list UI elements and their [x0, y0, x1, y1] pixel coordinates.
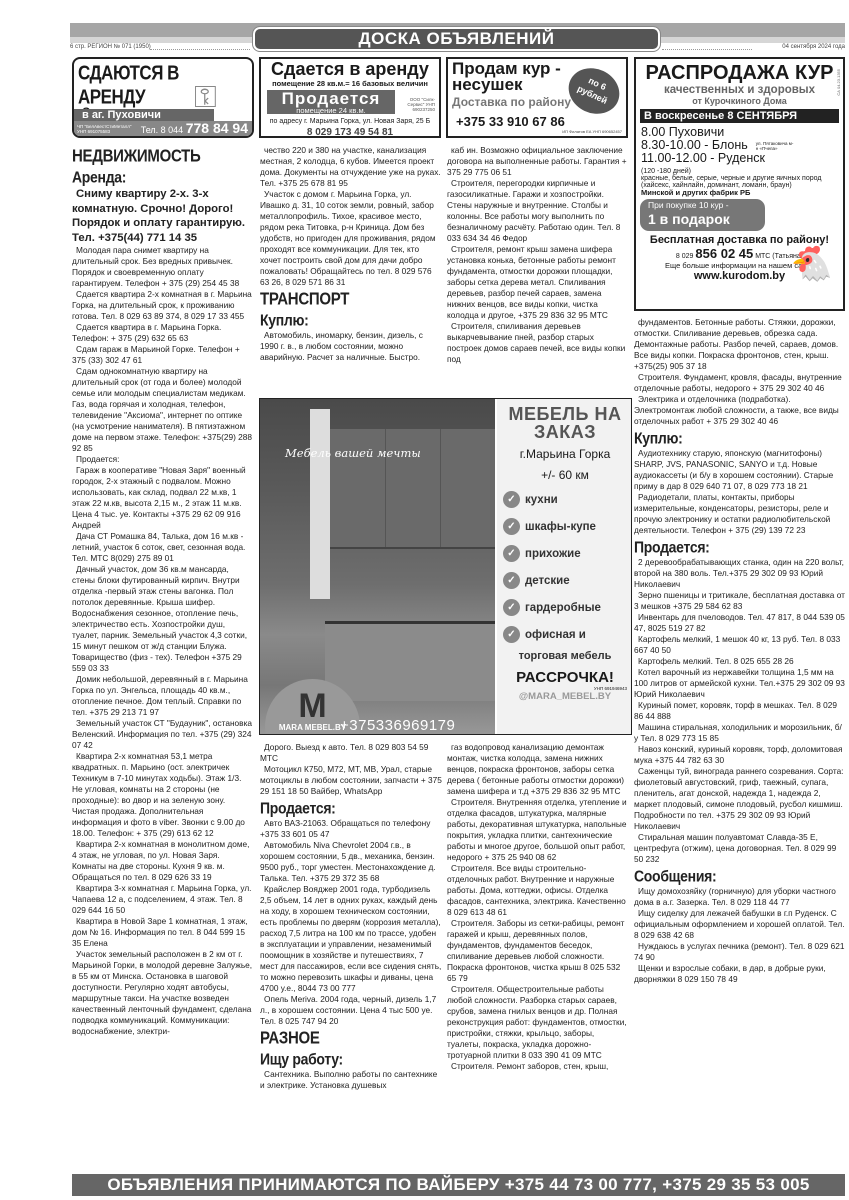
classified-item: Строителя. Ремонт заборов, стен, крыш, — [447, 1061, 629, 1072]
service-item: ✓гардеробные — [503, 595, 632, 622]
classified-item: Квартира 2-х комнатная в монолитном доме… — [72, 839, 254, 883]
ad-list: Молодая пара снимет квартиру на длительн… — [72, 245, 254, 1037]
hens-ad: Продам кур - несушек Доставка по району … — [446, 57, 628, 138]
divider — [150, 49, 250, 50]
column-3-top: каб ин. Возможно официальное заключение … — [447, 145, 629, 365]
classified-item: Сдам однокомнатную квартиру на длительны… — [72, 366, 254, 454]
service-tail: торговая мебель — [497, 649, 632, 663]
classified-item: Автомобиль Niva Chevrolet 2004 г.в., в х… — [260, 840, 442, 884]
classified-item: Ищу сиделку для лежачей бабушки в г.п Ру… — [634, 908, 845, 941]
classified-item: Котел варочный из нержавейки толщина 1,5… — [634, 667, 845, 700]
classified-item: Радиодетали, платы, контакты, приборы из… — [634, 492, 845, 536]
services-list: ✓кухни ✓шкафы-купе ✓прихожие ✓детские ✓г… — [497, 487, 632, 649]
column-4: фундаментов. Бетонные работы. Стяжки, до… — [634, 317, 845, 985]
classified-item: Строителя, перегородки кирпичные и газос… — [447, 178, 629, 244]
ad-location: г.Марьина Горка — [497, 447, 632, 462]
subsection-heading: Ищу работу: — [260, 1049, 442, 1071]
ad-slogan: Мебель вашей мечты — [285, 446, 421, 460]
classified-item: Участок с домом г. Марьина Горка, ул. Ив… — [260, 189, 442, 288]
classified-item: Крайслер Вояджер 2001 года, турбодизель … — [260, 884, 442, 994]
classified-item: Квартира в Новой Заре 1 комнатная, 1 эта… — [72, 916, 254, 949]
furniture-ad: Мебель вашей мечты M MARA MEBEL.BY +3753… — [259, 398, 632, 735]
ad-phone: +375 33 910 67 86 — [448, 114, 626, 129]
classified-item: Сантехника. Выполню работы по сантехнике… — [260, 1069, 442, 1091]
classified-item: Гараж в кооперативе "Новая Заря" военный… — [72, 465, 254, 531]
service-item: ✓детские — [503, 568, 632, 595]
check-icon: ✓ — [503, 491, 520, 508]
classified-item: Автомобиль, иномарку, бензин, дизель, с … — [260, 330, 442, 363]
check-icon: ✓ — [503, 572, 520, 589]
ad-address: по адресу г. Марьина Горка, ул. Новая За… — [261, 118, 439, 125]
classified-item: Сдается квартира 2-х комнатная в г. Марь… — [72, 289, 254, 322]
classified-item: Картофель мелкий, 1 мешок 40 кг, 13 руб.… — [634, 634, 845, 656]
instagram-handle: @MARA_MEBEL.BY — [497, 691, 632, 702]
classified-item: Инвентарь для пчеловодов. Тел. 47 817, 8… — [634, 612, 845, 634]
price-badge: по 6 рублей — [561, 60, 627, 122]
classified-item: Сдается квартира в г. Марьина Горка. Тел… — [72, 322, 254, 344]
ad-title: Сдается в аренду — [261, 59, 439, 79]
ad-list: Аудиотехнику старую, японскую (магнитофо… — [634, 448, 845, 536]
ad-org: ЧП "БелАвестСтиМеталл" УНП 691075583 — [77, 124, 137, 134]
subsection-heading: Куплю: — [634, 428, 845, 450]
ad-phone: 8 029 173 49 54 81 — [261, 127, 439, 138]
schedule: 8.00 Пуховичи 8.30-10.00 - Блоньул. Пята… — [636, 126, 843, 165]
column-real-estate: НЕДВИЖИМОСТЬ Аренда: Сниму квартиру 2-х.… — [72, 145, 254, 1165]
ad-subtitle: от Курочкиного Дома — [636, 96, 843, 106]
ad-list: чество 220 и 380 на участке, канализация… — [260, 145, 442, 288]
classified-item: Квартира 2-х комнатная 53,1 метра квадра… — [72, 751, 254, 839]
classified-item: Земельный участок СТ "Будауник", останов… — [72, 718, 254, 751]
ad-subtitle: помещение 28 кв.м.= 16 базовых величин — [261, 79, 439, 88]
ad-subtitle: качественных и здоровых — [636, 84, 843, 96]
classified-item: Квартира 3-х комнатная г. Марьина Горка,… — [72, 883, 254, 916]
classified-item: Зерно пшеницы и тритикале, бесплатная до… — [634, 590, 845, 612]
gift-box: При покупке 10 кур - 1 в подарок — [640, 199, 765, 231]
classified-item: газ водопровод канализацию демонтаж монт… — [447, 742, 629, 797]
ad-list: Авто ВАЗ-21063. Обращаться по телефону +… — [260, 818, 442, 1027]
classified-item: Строителя. Все виды строительно-отделочн… — [447, 863, 629, 918]
kitchen-photo: Мебель вашей мечты M MARA MEBEL.BY +3753… — [260, 399, 495, 735]
classified-item: Картофель мелкий. Тел. 8 025 655 28 26 — [634, 656, 845, 667]
classified-item: Строителя. Фундамент, кровля, фасады, вн… — [634, 372, 845, 394]
classified-item: Домик небольшой, деревянный в г. Марьина… — [72, 674, 254, 718]
classified-item: Куриный помет, коровяк, торф в мешках. Т… — [634, 700, 845, 722]
check-icon: ✓ — [503, 545, 520, 562]
classified-item: каб ин. Возможно официальное заключение … — [447, 145, 629, 178]
classified-item: Опель Meriva. 2004 года, черный, дизель … — [260, 994, 442, 1027]
ad-phone: Тел. 8 044 778 84 94 — [141, 120, 248, 136]
section-title: ДОСКА ОБЪЯВЛЕНИЙ — [253, 27, 660, 51]
hen-icon: 🐔 — [791, 244, 833, 284]
divider — [662, 49, 752, 50]
column-3-bottom: газ водопровод канализацию демонтаж монт… — [447, 742, 629, 1072]
ad-title: СДАЮТСЯ В АРЕНДУ — [74, 59, 252, 109]
subsection-heading: Продается: — [260, 798, 442, 820]
classified-item: 2 деревообрабатывающих станка, один на 2… — [634, 557, 845, 590]
check-icon: ✓ — [503, 626, 520, 643]
subsection-heading: Куплю: — [260, 310, 442, 332]
hen-description: (120 -180 дней) красные, белые, серые, ч… — [636, 165, 843, 197]
subsection-heading: Продается: — [634, 537, 845, 559]
classified-item: Дачный участок, дом 36 кв.м мансарда, ст… — [72, 564, 254, 674]
service-item: ✓прихожие — [503, 541, 632, 568]
classified-item: Аудиотехнику старую, японскую (магнитофо… — [634, 448, 845, 492]
check-icon: ✓ — [503, 599, 520, 616]
sale-day: В воскресенье 8 СЕНТЯБРЯ — [640, 109, 839, 123]
ad-list: каб ин. Возможно официальное заключение … — [447, 145, 629, 365]
section-heading: ТРАНСПОРТ — [260, 289, 442, 311]
issue-date: 04 сентября 2024 года — [782, 44, 845, 50]
ad-list: Ищу домохозяйку (горничную) для уборки ч… — [634, 886, 845, 985]
section-heading: НЕДВИЖИМОСТЬ — [72, 146, 254, 168]
classified-item: Строителя. Общестроительные работы любой… — [447, 984, 629, 1061]
ad-list: газ водопровод канализацию демонтаж монт… — [447, 742, 629, 1072]
column-2-bottom: Дорого. Выезд к авто. Тел. 8 029 803 54 … — [260, 742, 442, 1091]
issue-info: 6 стр. РЕГИОН № 071 (1950) — [70, 44, 151, 50]
ad-list: Дорого. Выезд к авто. Тел. 8 029 803 54 … — [260, 742, 442, 797]
section-heading: РАЗНОЕ — [260, 1028, 442, 1050]
check-icon: ✓ — [503, 518, 520, 535]
ad-list: Сантехника. Выполню работы по сантехнике… — [260, 1069, 442, 1091]
rent-warehouse-ad: СДАЮТСЯ В АРЕНДУ Склады Офисные помещени… — [72, 57, 254, 138]
furniture-ad-info: МЕБЕЛЬ НА ЗАКАЗ г.Марьина Горка +/- 60 к… — [497, 399, 632, 735]
classified-item: Стиральная машин полуавтомат Славда-35 Е… — [634, 832, 845, 865]
schedule-item: 11.00-12.00 - Руденск — [641, 152, 843, 165]
classified-item: Участок земельный расположен в 2 км от г… — [72, 949, 254, 1037]
installment: РАССРОЧКА! — [497, 669, 632, 686]
classified-item: чество 220 и 380 на участке, канализация… — [260, 145, 442, 189]
hens-sale-ad: РАСПРОДАЖА КУР качественных и здоровых о… — [634, 57, 845, 311]
classified-item: Навоз конский, куриный коровяк, торф, до… — [634, 744, 845, 766]
ad-phone: +375336969179 — [340, 717, 455, 734]
ad-org: ООО "Силк-Сервис" УНП 690237250 — [397, 97, 435, 112]
service-item: ✓шкафы-купе — [503, 514, 632, 541]
subsection-heading: Сообщения: — [634, 866, 845, 888]
classified-item: Строителя. Внутренняя отделка, утепление… — [447, 797, 629, 863]
premises-ad: Сдается в аренду помещение 28 кв.м.= 16 … — [259, 57, 441, 138]
service-item: ✓кухни — [503, 487, 632, 514]
classified-item: Строителя, спиливания деревьев выкарчевы… — [447, 321, 629, 365]
ad-list: фундаментов. Бетонные работы. Стяжки, до… — [634, 317, 845, 427]
ad-title: Продам кур - несушек — [448, 59, 568, 93]
lead-ad: Сниму квартиру 2-х. 3-х комнатную. Срочн… — [72, 187, 254, 245]
classified-item: Дача СТ Ромашка 84, Талька, дом 16 м.кв … — [72, 531, 254, 564]
newspaper-page: ДОСКА ОБЪЯВЛЕНИЙ 6 стр. РЕГИОН № 071 (19… — [70, 0, 849, 1200]
classified-item: Строителя. Заборы из сетки-рабицы, ремон… — [447, 918, 629, 984]
ad-org: ИП Филатов ЕА УНП 690652457 — [562, 129, 622, 134]
classified-item: Молодая пара снимет квартиру на длительн… — [72, 245, 254, 289]
classified-item: Машина стиральная, холодильник и морозил… — [634, 722, 845, 744]
keys-house-icon: ⚿ — [194, 81, 217, 115]
ad-list: 2 деревообрабатывающих станка, один на 2… — [634, 557, 845, 865]
sale-box: Продается помещение 24 кв.м. — [267, 90, 395, 114]
service-item: ✓офисная и — [503, 622, 632, 649]
classified-item: Авто ВАЗ-21063. Обращаться по телефону +… — [260, 818, 442, 840]
subsection-heading: Аренда: — [72, 167, 254, 189]
footer-banner: ОБЪЯВЛЕНИЯ ПРИНИМАЮТСЯ ПО ВАЙБЕРУ +375 4… — [72, 1174, 845, 1196]
classified-item: фундаментов. Бетонные работы. Стяжки, до… — [634, 317, 845, 372]
classified-item: Сдам гараж в Марьиной Горке. Телефон + 3… — [72, 344, 254, 366]
column-2-top: чество 220 и 380 на участке, канализация… — [260, 145, 442, 363]
ad-license: СА 04.23.1355 — [836, 69, 841, 96]
ad-list: Автомобиль, иномарку, бензин, дизель, с … — [260, 330, 442, 363]
classified-item: Мотоцикл К750, М72, МТ, МВ, Урал, старые… — [260, 764, 442, 797]
ad-title: РАСПРОДАЖА КУР — [636, 62, 843, 84]
classified-item: Саженцы туй, винограда раннего созревани… — [634, 766, 845, 832]
classified-item: Нуждаюсь в услугах печника (ремонт). Тел… — [634, 941, 845, 963]
classified-item: Дорого. Выезд к авто. Тел. 8 029 803 54 … — [260, 742, 442, 764]
ad-title: МЕБЕЛЬ НА ЗАКАЗ — [497, 405, 632, 441]
classified-item: Продается: — [72, 454, 254, 465]
classified-item: Электрика и отделочника (подработка). Эл… — [634, 394, 845, 427]
classified-item: Ищу домохозяйку (горничную) для уборки ч… — [634, 886, 845, 908]
classified-item: Щенки и взрослые собаки, в дар, в добрые… — [634, 963, 845, 985]
classified-item: Строителя, ремонт крыш замена шифера уст… — [447, 244, 629, 321]
ad-radius: +/- 60 км — [497, 468, 632, 483]
